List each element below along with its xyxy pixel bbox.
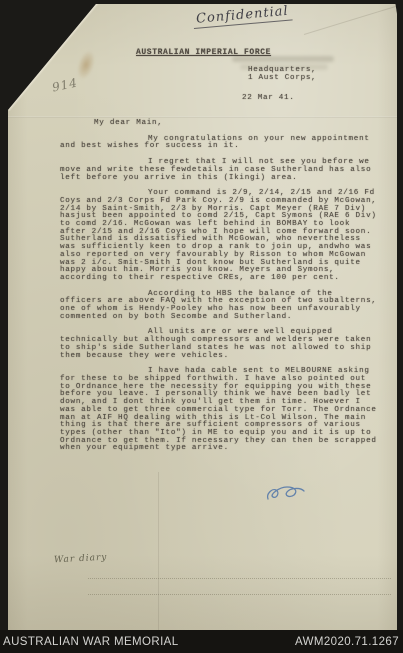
archive-item-id: AWM2020.71.1267 [295, 636, 399, 648]
signature-initials [264, 482, 308, 511]
handwritten-page-number: 914 [51, 75, 79, 94]
initials-scribble-icon [264, 482, 308, 506]
letter-paragraph: I have hada cable sent to MELBOURNE aski… [60, 368, 378, 453]
address-line: Headquarters, [248, 66, 316, 74]
paragraphs: My congratulations on your new appointme… [60, 136, 378, 453]
faint-dotted-line [88, 578, 391, 579]
letter-paragraph: My congratulations on your new appointme… [60, 136, 378, 151]
letter-paragraph: According to HBS the balance of the offi… [60, 291, 378, 322]
handwritten-war-diary-annotation: War diary [54, 553, 108, 566]
diagonal-fold-crease [304, 0, 403, 35]
vertical-fold-crease [158, 472, 159, 630]
archive-caption-bar: AUSTRALIAN WAR MEMORIAL AWM2020.71.1267 [0, 630, 403, 653]
paper-stain [74, 48, 98, 81]
letter-paper-sheet: Confidential 914 AUSTRALIAN IMPERIAL FOR… [8, 4, 397, 630]
handwritten-confidential-annotation: Confidential [193, 3, 293, 29]
address-line: 1 Aust Corps, [248, 74, 316, 82]
faint-dotted-line [88, 594, 391, 595]
date-line: 22 Mar 41. [242, 94, 295, 102]
letter-body: My dear Main, My congratulations on your… [60, 120, 378, 461]
horizontal-fold-crease [8, 116, 397, 118]
letterhead-title: AUSTRALIAN IMPERIAL FORCE [136, 48, 271, 57]
letter-paragraph: Your command is 2/9, 2/14, 2/15 and 2/16… [60, 190, 378, 282]
salutation: My dear Main, [94, 120, 378, 128]
address-block: Headquarters,1 Aust Corps, [248, 66, 316, 82]
archive-name: AUSTRALIAN WAR MEMORIAL [3, 636, 179, 648]
letter-paragraph: I regret that I will not see you before … [60, 159, 378, 182]
photographed-document-scan: Confidential 914 AUSTRALIAN IMPERIAL FOR… [0, 0, 403, 653]
letter-paragraph: All units are or were well equipped tech… [60, 329, 378, 360]
